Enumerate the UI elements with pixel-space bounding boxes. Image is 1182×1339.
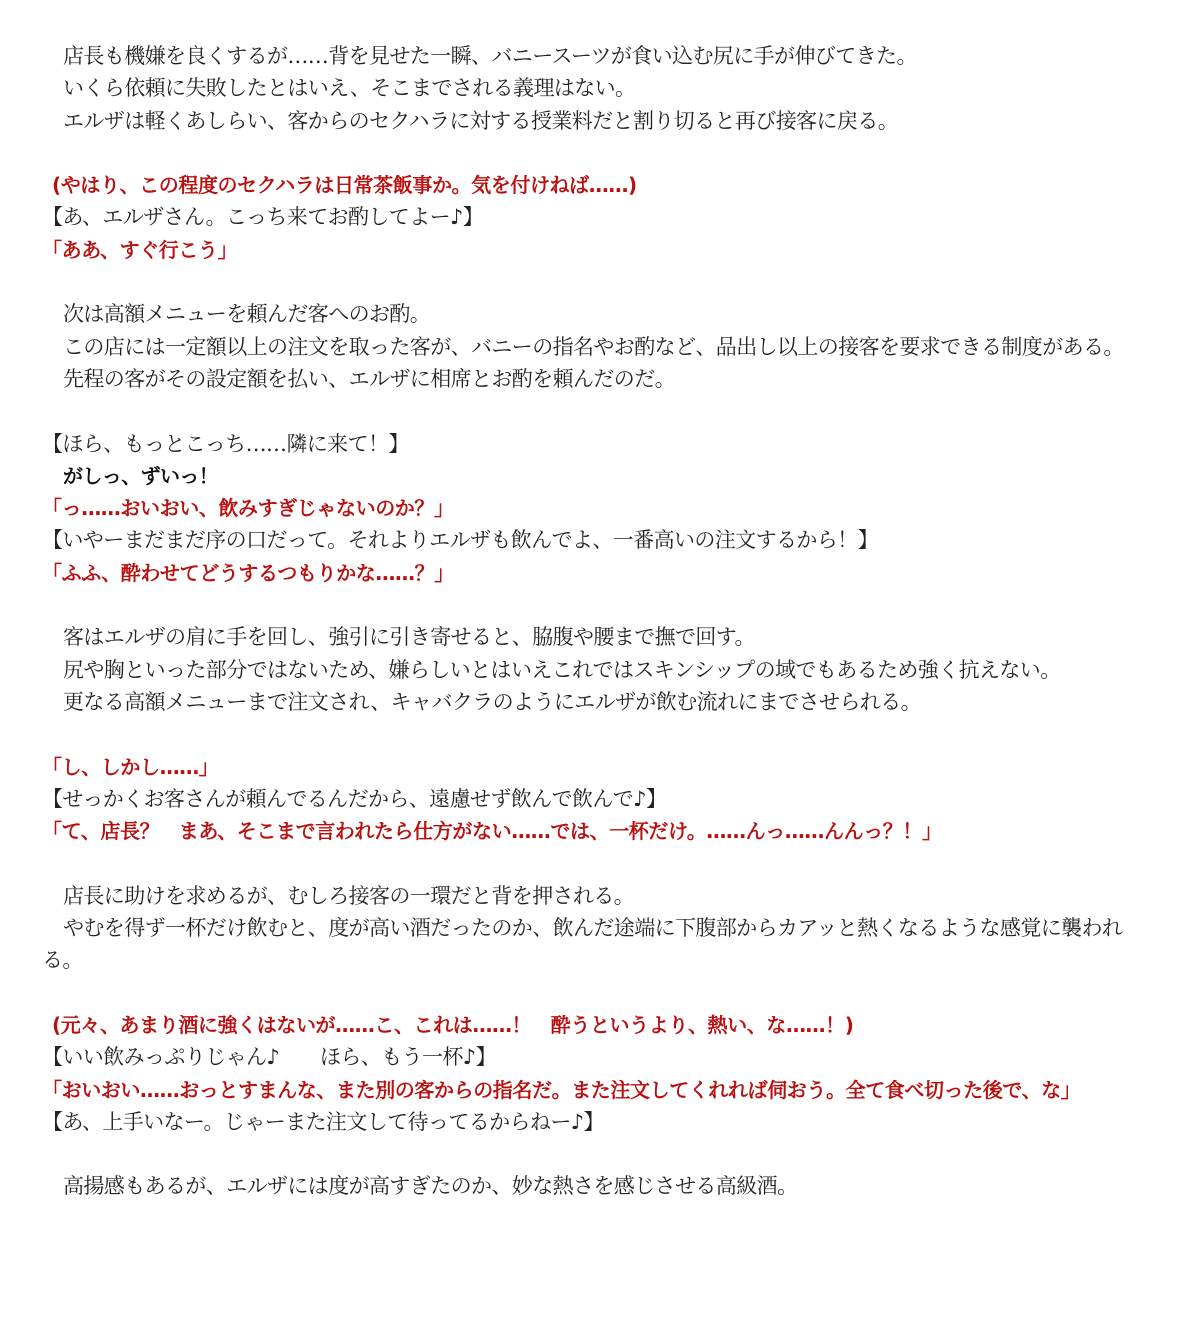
customer-speech: 【いい飲みっぷりじゃん♪ ほら、もう一杯♪】: [42, 1041, 1152, 1073]
blank-line: [42, 266, 1152, 298]
blank-line: [42, 1138, 1152, 1170]
narration-line: 先程の客がその設定額を払い、エルザに相席とお酌を頼んだのだ。: [42, 363, 1152, 395]
blank-line: [42, 847, 1152, 879]
elsa-speech: 「し、しかし……」: [42, 751, 1152, 783]
elsa-speech: 「ああ、すぐ行こう」: [42, 234, 1152, 266]
narration-line: いくら依頼に失敗したとはいえ、そこまでされる義理はない。: [42, 72, 1152, 104]
blank-line: [42, 977, 1152, 1009]
narration-line: 尻や胸といった部分ではないため、嫌らしいとはいえこれではスキンシップの域でもある…: [42, 654, 1152, 686]
customer-speech: 【いやーまだまだ序の口だって。それよりエルザも飲んでよ、一番高いの注文するから！…: [42, 524, 1152, 556]
narration-paragraph: やむを得ず一杯だけ飲むと、度が高い酒だったのか、飲んだ途端に下腹部からカアッと熱…: [42, 912, 1152, 977]
narration-line: 店長も機嫌を良くするが……背を見せた一瞬、バニースーツが食い込む尻に手が伸びてき…: [42, 40, 1152, 72]
blank-line: [42, 589, 1152, 621]
manager-speech: 【せっかくお客さんが頼んでるんだから、遠慮せず飲んで飲んで♪】: [42, 783, 1152, 815]
narration-paragraph: この店には一定額以上の注文を取った客が、バニーの指名やお酌など、品出し以上の接客…: [42, 331, 1152, 363]
narration-line: 客はエルザの肩に手を回し、強引に引き寄せると、脇腹や腰まで撫で回す。: [42, 621, 1152, 653]
blank-line: [42, 137, 1152, 169]
elsa-speech: 「て、店長？ まあ、そこまで言われたら仕方がない……では、一杯だけ。……んっ………: [42, 815, 1152, 847]
narration-line: 高揚感もあるが、エルザには度が高すぎたのか、妙な熱さを感じさせる高級酒。: [42, 1170, 1152, 1202]
sound-effect: がしっ、ずいっ！: [42, 460, 1152, 492]
narration-line: 店長に助けを求めるが、むしろ接客の一環だと背を押される。: [42, 880, 1152, 912]
customer-speech: 【あ、上手いなー。じゃーまた注文して待ってるからねー♪】: [42, 1106, 1152, 1138]
elsa-speech: 「ふふ、酔わせてどうするつもりかな……？」: [42, 557, 1152, 589]
narration-line: 次は高額メニューを頼んだ客へのお酌。: [42, 298, 1152, 330]
blank-line: [42, 718, 1152, 750]
narration-line: 更なる高額メニューまで注文され、キャバクラのようにエルザが飲む流れにまでさせられ…: [42, 686, 1152, 718]
customer-speech: 【ほら、もっとこっち……隣に来て！】: [42, 428, 1152, 460]
elsa-speech: 「っ……おいおい、飲みすぎじゃないのか？」: [42, 492, 1152, 524]
narration-line: エルザは軽くあしらい、客からのセクハラに対する授業料だと割り切ると再び接客に戻る…: [42, 105, 1152, 137]
document-page: 店長も機嫌を良くするが……背を見せた一瞬、バニースーツが食い込む尻に手が伸びてき…: [42, 40, 1152, 1203]
customer-speech: 【あ、エルザさん。こっち来てお酌してよー♪】: [42, 201, 1152, 233]
elsa-thought: (やはり、この程度のセクハラは日常茶飯事か。気を付けねば……): [42, 169, 1152, 201]
blank-line: [42, 395, 1152, 427]
elsa-speech: 「おいおい……おっとすまんな、また別の客からの指名だ。また注文してくれれば伺おう…: [42, 1074, 1152, 1106]
elsa-thought: (元々、あまり酒に強くはないが……こ、これは……！ 酔うというより、熱い、な………: [42, 1009, 1152, 1041]
